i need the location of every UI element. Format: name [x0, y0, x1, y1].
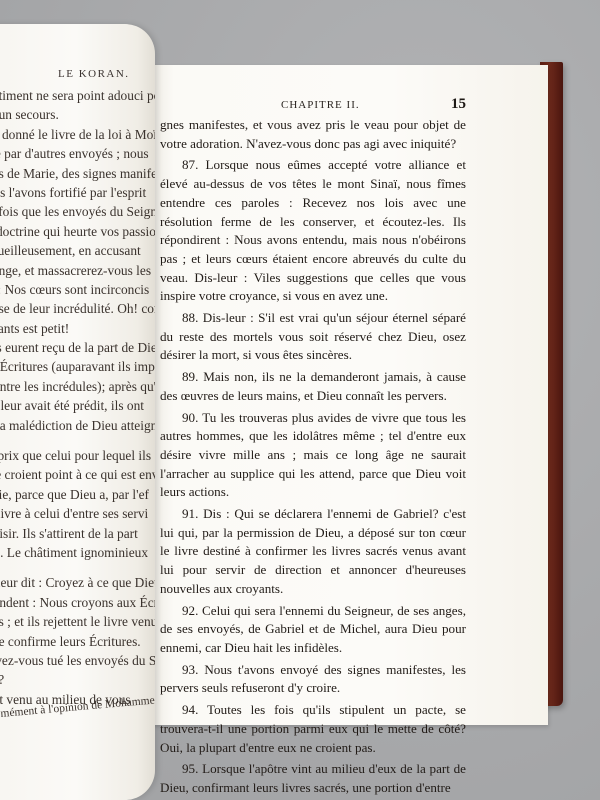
- verse-90: 90. Tu les trouveras plus avides de vivr…: [160, 409, 466, 503]
- verse-91: 91. Dis : Qui se déclarera l'ennemi de G…: [160, 505, 466, 599]
- text-line: les fois que les envoyés du Seigneur: [0, 202, 155, 221]
- verse-87: 87. Lorsque nous eûmes accepté votre all…: [160, 156, 466, 306]
- text-line: u'ils eurent reçu de la part de Dieu: [0, 338, 155, 357]
- text-line: livre confirme leurs Écritures.: [0, 632, 155, 651]
- text-line: vil prix que celui pour lequel ils: [0, 446, 155, 465]
- text-line: ivre par d'autres envoyés ; nous: [0, 144, 155, 163]
- text-line: ons donné le livre de la loi à Moïse: [0, 125, 155, 144]
- chapter-title: CHAPITRE II.: [281, 99, 360, 111]
- verse-93: 93. Nous t'avons envoyé des signes manif…: [160, 661, 466, 698]
- verse-94: 94. Toutes les fois qu'ils stipulent un …: [160, 701, 466, 757]
- verse-88: 88. Dis-leur : S'il est vrai qu'un séjou…: [160, 309, 466, 365]
- verse-92: 92. Celui qui sera l'ennemi du Seigneur,…: [160, 602, 466, 658]
- text-line: lère. Le châtiment ignominieux: [0, 543, 155, 562]
- verse-95: 95. Lorsque l'apôtre vint au milieu d'eu…: [160, 760, 466, 797]
- text-line: aucun secours.: [0, 105, 155, 124]
- text-line: dit : Nos cœurs sont incirconcis: [0, 280, 155, 299]
- text-line: ne doctrine qui heurte vos passions: [0, 222, 155, 241]
- left-page: LE KORAN. châtiment ne sera point adouci…: [0, 24, 155, 800]
- text-line: ue la malédiction de Dieu atteigne: [0, 416, 155, 435]
- text-line: on leur dit : Croyez à ce que Dieu: [0, 573, 155, 592]
- text-line: épondent : Nous croyons aux Écritures: [0, 593, 155, 612]
- text-line: nous l'avons fortifié par l'esprit: [0, 183, 155, 202]
- text-line: s ne croient point à ce qui est envoyé: [0, 465, 155, 484]
- paragraph-gap: [0, 435, 155, 446]
- page-body: gnes manifestes, et vous avez pris le ve…: [160, 116, 466, 800]
- verse-89: 89. Mais non, ils ne la demanderont jama…: [160, 368, 466, 405]
- text-line: royants est petit!: [0, 319, 155, 338]
- text-line: choisir. Ils s'attirent de la part: [0, 524, 155, 543]
- paragraph-gap: [0, 562, 155, 573]
- text-line: l contre les incrédules); après qu': [0, 377, 155, 396]
- text-line: urs Écritures (auparavant ils imploraien…: [0, 357, 155, 376]
- text-line: ousie, parce que Dieu a, par l'ef: [0, 485, 155, 504]
- text-line: châtiment ne sera point adouci pour: [0, 86, 155, 105]
- text-line: orgueilleusement, en accusant: [0, 241, 155, 260]
- text-line: c avez-vous tué les envoyés du Seigneur: [0, 651, 155, 670]
- text-line: çues ; et ils rejettent le livre venu: [0, 612, 155, 631]
- text-line: foi ?: [0, 670, 155, 689]
- text-line: un livre à celui d'entre ses servi: [0, 504, 155, 523]
- left-page-body: châtiment ne sera point adouci pour aucu…: [0, 86, 155, 709]
- text-line: nsonge, et massacrerez-vous les: [0, 261, 155, 280]
- running-head: CHAPITRE II. 15: [150, 99, 548, 113]
- page-number: 15: [451, 96, 466, 113]
- right-page: CHAPITRE II. 15 gnes manifestes, et vous…: [150, 65, 548, 725]
- running-head-left: LE KORAN.: [58, 68, 130, 80]
- text-line: , fils de Marie, des signes manifestes: [0, 164, 155, 183]
- text-line: qui leur avait été prédit, ils ont: [0, 396, 155, 415]
- text-line: cause de leur incrédulité. Oh! com: [0, 299, 155, 318]
- paragraph: gnes manifestes, et vous avez pris le ve…: [160, 116, 466, 153]
